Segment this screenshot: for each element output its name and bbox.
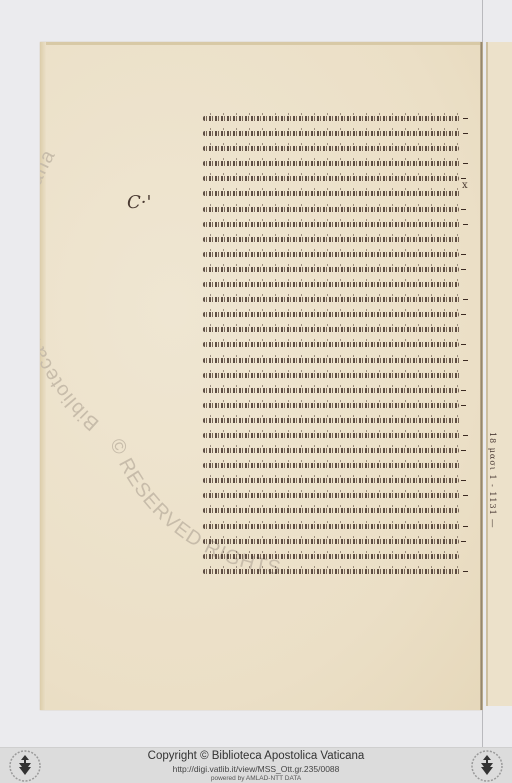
- page-left-edge: [40, 42, 46, 710]
- manuscript-line: [203, 472, 463, 487]
- powered-by-text: powered by AMLAD-NTT DATA: [0, 775, 512, 782]
- manuscript-line: [203, 140, 463, 155]
- handwritten-text: [203, 524, 461, 529]
- handwritten-text: [203, 237, 461, 242]
- manuscript-line: [203, 231, 463, 246]
- handwritten-text: [203, 388, 459, 393]
- line-hyphen: [461, 450, 466, 451]
- handwritten-text: [203, 433, 461, 438]
- line-hyphen: [463, 526, 468, 527]
- binding-spine: [480, 42, 483, 710]
- manuscript-page: Biblioteca Apostolica Vaticana © RESERVE…: [40, 42, 482, 710]
- handwritten-text: [203, 161, 461, 166]
- manuscript-line: [203, 306, 463, 321]
- manuscript-line: [203, 246, 463, 261]
- permalink-url[interactable]: http://digi.vatlib.it/view/MSS_Ott.gr.23…: [0, 764, 512, 774]
- manuscript-line: [203, 291, 463, 306]
- handwritten-text: [203, 418, 461, 423]
- handwritten-text: [203, 554, 459, 559]
- handwritten-text: [203, 131, 461, 136]
- handwritten-text: [203, 327, 461, 332]
- handwritten-text: [203, 267, 459, 272]
- line-hyphen: [463, 118, 468, 119]
- svg-text:Biblioteca Apostolica Vaticana: Biblioteca Apostolica Vaticana: [40, 146, 103, 435]
- line-hyphen: [461, 405, 466, 406]
- handwritten-text: [203, 403, 459, 408]
- line-hyphen: [463, 435, 468, 436]
- line-hyphen: [463, 495, 468, 496]
- copyright-footer: Copyright © Biblioteca Apostolica Vatica…: [0, 747, 512, 783]
- handwritten-text: [203, 207, 459, 212]
- line-hyphen: [461, 269, 466, 270]
- manuscript-line: [203, 185, 463, 200]
- handwritten-text: [203, 539, 459, 544]
- manuscript-line: [203, 457, 463, 472]
- adjacent-page-edge: [486, 42, 488, 706]
- manuscript-line: [203, 533, 463, 548]
- line-hyphen: [463, 163, 468, 164]
- manuscript-line: [203, 201, 463, 216]
- handwritten-text: [203, 116, 461, 121]
- manuscript-line: [203, 216, 463, 231]
- handwritten-text: [203, 569, 461, 574]
- watermark-line-1: Biblioteca Apostolica Vaticana: [40, 146, 103, 435]
- handwritten-text: [203, 252, 459, 257]
- line-hyphen: [461, 390, 466, 391]
- handwritten-text: [203, 176, 459, 181]
- handwritten-text: [203, 358, 461, 363]
- manuscript-line: [203, 367, 463, 382]
- handwritten-text: [203, 493, 461, 498]
- handwritten-text: [203, 508, 459, 513]
- manuscript-line: [203, 427, 463, 442]
- manuscript-line: [203, 502, 463, 517]
- handwritten-text: [203, 463, 461, 468]
- page-top-edge: [40, 42, 482, 45]
- manuscript-line: [203, 125, 463, 140]
- line-hyphen: [461, 314, 466, 315]
- manuscript-line: [203, 276, 463, 291]
- copyright-text: Copyright © Biblioteca Apostolica Vatica…: [0, 750, 512, 762]
- line-hyphen: [461, 480, 466, 481]
- handwritten-text: [203, 282, 459, 287]
- manuscript-line: [203, 110, 463, 125]
- manuscript-line: [203, 155, 463, 170]
- manuscript-line: [203, 442, 463, 457]
- manuscript-line: [203, 336, 463, 351]
- line-hyphen: [463, 133, 468, 134]
- handwritten-text: [203, 146, 459, 151]
- manuscript-line: [203, 170, 463, 185]
- adjacent-page: [486, 42, 512, 706]
- right-margin-note: 18 μασι 1 - 1131 ―: [488, 432, 497, 528]
- manuscript-line: [203, 382, 463, 397]
- manuscript-line: [203, 261, 463, 276]
- manuscript-line: [203, 397, 463, 412]
- line-hyphen: [461, 178, 466, 179]
- handwritten-text: [203, 448, 459, 453]
- manuscript-line: [203, 321, 463, 336]
- line-hyphen: [461, 209, 466, 210]
- line-hyphen: [463, 299, 468, 300]
- line-hyphen: [461, 541, 466, 542]
- line-hyphen: [463, 224, 468, 225]
- image-viewer[interactable]: Biblioteca Apostolica Vaticana © RESERVE…: [0, 0, 512, 747]
- manuscript-line: [203, 412, 463, 427]
- handwritten-text: [203, 222, 461, 227]
- handwritten-text: [203, 478, 459, 483]
- line-hyphen: [461, 344, 466, 345]
- line-hyphen: [461, 254, 466, 255]
- text-block: [203, 110, 463, 578]
- manuscript-line: [203, 487, 463, 502]
- manuscript-line: [203, 352, 463, 367]
- manuscript-line: [203, 518, 463, 533]
- marginal-mark: C·': [127, 192, 151, 213]
- handwritten-text: [203, 373, 461, 378]
- line-hyphen: [463, 571, 468, 572]
- handwritten-text: [203, 191, 461, 196]
- handwritten-text: [203, 342, 459, 347]
- line-hyphen: [463, 360, 468, 361]
- vatican-library-seal-icon: [470, 749, 504, 783]
- handwritten-text: [203, 312, 459, 317]
- manuscript-line: [203, 563, 463, 578]
- manuscript-line: [203, 548, 463, 563]
- handwritten-text: [203, 297, 461, 302]
